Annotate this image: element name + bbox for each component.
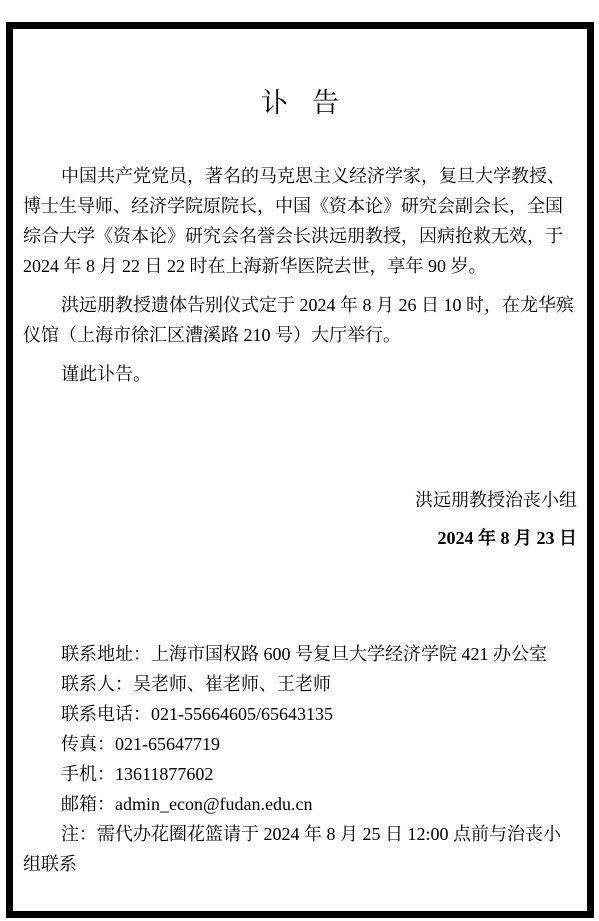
contact-fax: 传真：021-65647719 <box>23 729 577 759</box>
obituary-frame: 讣告 中国共产党党员，著名的马克思主义经济学家，复旦大学教授、博士生导师、经济学… <box>6 22 594 918</box>
paragraph-ceremony: 洪远朋教授遗体告别仪式定于 2024 年 8 月 26 日 10 时，在龙华殡仪… <box>23 290 577 350</box>
contact-persons: 联系人：吴老师、崔老师、王老师 <box>23 669 577 699</box>
signoff-date: 2024 年 8 月 23 日 <box>415 519 577 557</box>
page-title: 讣告 <box>13 81 587 120</box>
paragraph-announcement: 中国共产党党员，著名的马克思主义经济学家，复旦大学教授、博士生导师、经济学院原院… <box>23 161 577 281</box>
contact-email: 邮箱：admin_econ@fudan.edu.cn <box>23 789 577 819</box>
contact-address: 联系地址：上海市国权路 600 号复旦大学经济学院 421 办公室 <box>23 639 577 669</box>
contact-info: 联系地址：上海市国权路 600 号复旦大学经济学院 421 办公室 联系人：吴老… <box>23 639 577 879</box>
signoff: 洪远朋教授治丧小组 2024 年 8 月 23 日 <box>415 481 577 557</box>
contact-mobile: 手机：13611877602 <box>23 759 577 789</box>
contact-note: 注：需代办花圈花篮请于 2024 年 8 月 25 日 12:00 点前与治丧小… <box>23 819 577 879</box>
contact-phone: 联系电话：021-55664605/65643135 <box>23 699 577 729</box>
obituary-body: 中国共产党党员，著名的马克思主义经济学家，复旦大学教授、博士生导师、经济学院原院… <box>23 161 577 389</box>
paragraph-closing: 谨此讣告。 <box>23 359 577 389</box>
signoff-organization: 洪远朋教授治丧小组 <box>415 481 577 519</box>
